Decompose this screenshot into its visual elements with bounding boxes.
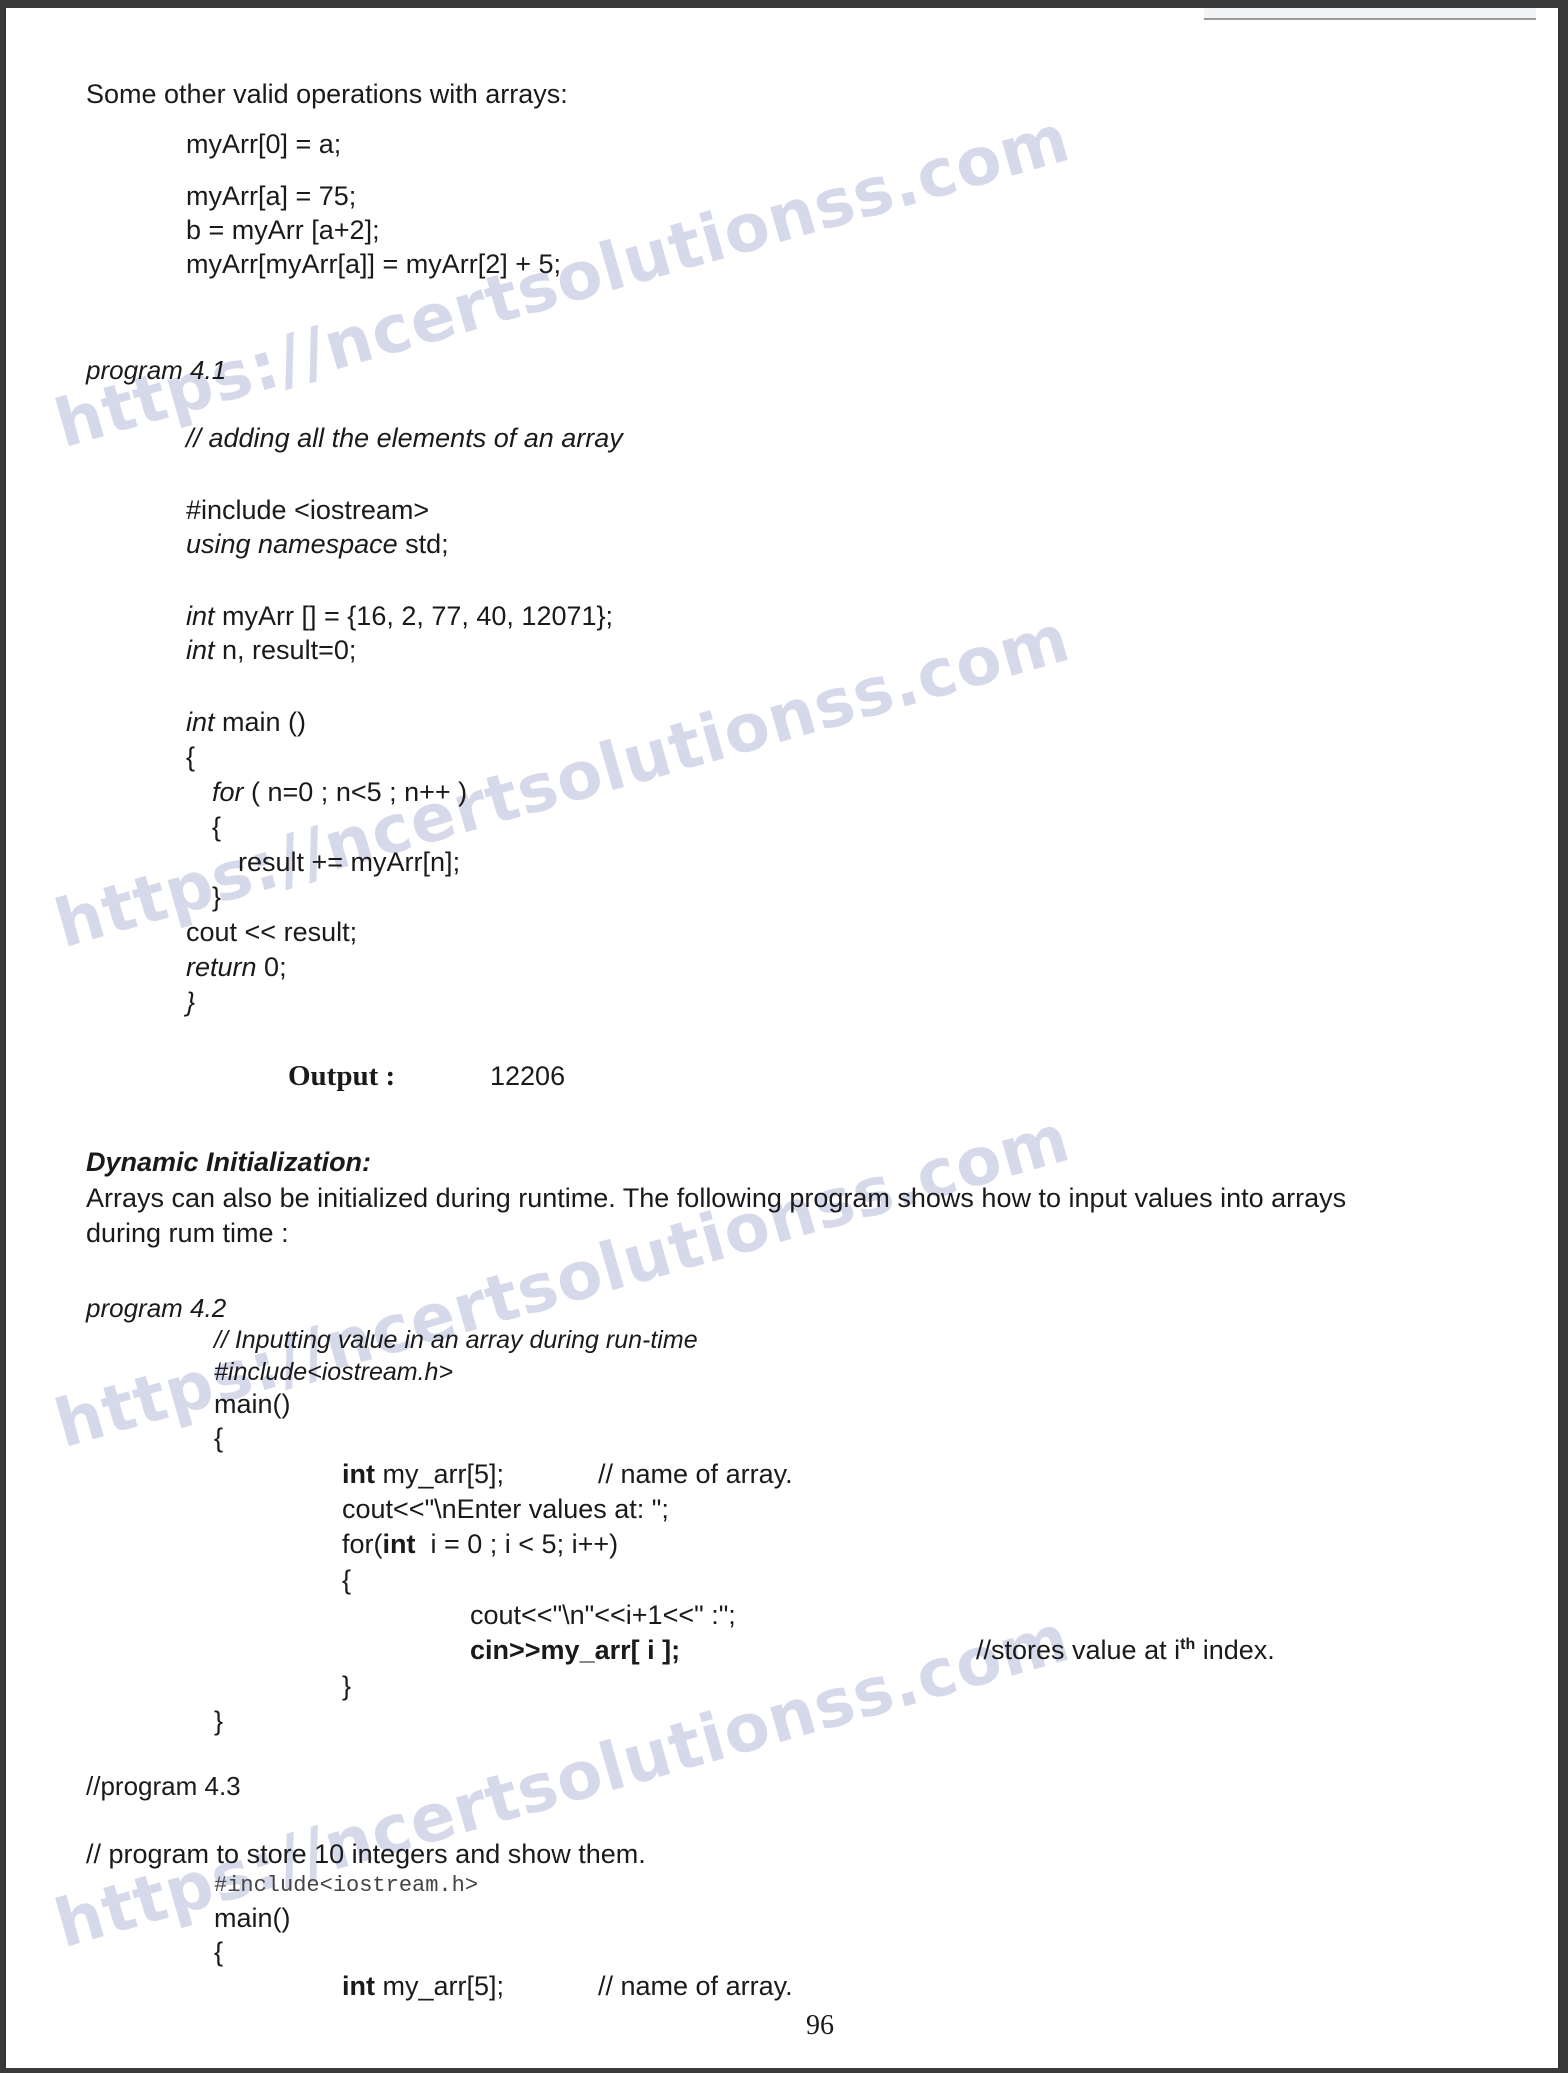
- code-text: 0;: [257, 952, 287, 982]
- code-line: }: [214, 1705, 223, 1737]
- code-line: int myArr [] = {16, 2, 77, 40, 12071};: [186, 600, 613, 632]
- code-text: i = 0 ; i < 5; i++): [416, 1529, 619, 1559]
- code-line: cout<<"\n"<<i+1<<" :";: [470, 1599, 736, 1631]
- code-comment: // program to store 10 integers and show…: [86, 1838, 646, 1870]
- scan-artifact: [1204, 8, 1536, 20]
- code-text: ( n=0 ; n<5 ; n++ ): [244, 777, 468, 807]
- superscript: th: [1180, 1636, 1195, 1653]
- code-line: }: [342, 1670, 351, 1702]
- code-line: {: [214, 1936, 223, 1968]
- output-label: Output :: [288, 1060, 395, 1092]
- code-comment: // name of array.: [598, 1970, 793, 2002]
- code-text: n, result=0;: [215, 635, 357, 665]
- paragraph-line: Arrays can also be initialized during ru…: [86, 1182, 1346, 1214]
- code-line: }: [186, 986, 195, 1018]
- code-line: result += myArr[n];: [238, 846, 460, 878]
- code-line: using namespace std;: [186, 528, 449, 560]
- section-intro-heading: Some other valid operations with arrays:: [86, 78, 568, 110]
- page-number: 96: [806, 2010, 834, 2042]
- keyword: int: [186, 707, 215, 737]
- code-text: main (): [215, 707, 307, 737]
- code-line: return 0;: [186, 951, 287, 983]
- code-line: main(): [214, 1388, 291, 1420]
- code-line: #include <iostream>: [186, 494, 429, 526]
- code-text: index.: [1195, 1635, 1275, 1665]
- keyword: int: [342, 1971, 375, 2001]
- code-line: cout << result;: [186, 916, 357, 948]
- keyword: int: [186, 601, 215, 631]
- code-line: {: [212, 811, 221, 843]
- code-text: my_arr[5];: [375, 1459, 504, 1489]
- code-line: int my_arr[5];: [342, 1458, 504, 1490]
- code-text: my_arr[5];: [375, 1971, 504, 2001]
- code-comment: // adding all the elements of an array: [186, 422, 623, 454]
- code-text: //stores value at i: [976, 1635, 1180, 1665]
- code-line: }: [212, 881, 221, 913]
- keyword: return: [186, 952, 257, 982]
- keyword: int: [383, 1529, 416, 1559]
- code-line: int my_arr[5];: [342, 1970, 504, 2002]
- code-line: #include<iostream.h>: [214, 1870, 478, 1902]
- code-line: b = myArr [a+2];: [186, 214, 380, 246]
- paragraph-line: during rum time :: [86, 1217, 289, 1249]
- code-line: #include<iostream.h>: [214, 1356, 453, 1388]
- keyword: int: [342, 1459, 375, 1489]
- output-value: 12206: [490, 1060, 565, 1092]
- code-text: for(: [342, 1529, 383, 1559]
- code-line: for(int i = 0 ; i < 5; i++): [342, 1528, 618, 1560]
- program-label: //program 4.3: [86, 1770, 241, 1802]
- code-line: cin>>my_arr[ i ];: [470, 1634, 680, 1666]
- code-line: myArr[a] = 75;: [186, 180, 356, 212]
- code-line: int n, result=0;: [186, 634, 356, 666]
- code-line: myArr[0] = a;: [186, 128, 341, 160]
- code-line: {: [214, 1422, 223, 1454]
- document-page: https://ncertsolutionss.com https://ncer…: [4, 8, 1560, 2068]
- program-label: program 4.1: [86, 354, 226, 386]
- code-line: myArr[myArr[a]] = myArr[2] + 5;: [186, 248, 561, 280]
- keyword: int: [186, 635, 215, 665]
- code-line: {: [186, 741, 195, 773]
- code-line: for ( n=0 ; n<5 ; n++ ): [212, 776, 467, 808]
- code-comment: // name of array.: [598, 1458, 793, 1490]
- code-line: int main (): [186, 706, 306, 738]
- program-label: program 4.2: [86, 1292, 226, 1324]
- keyword: for: [212, 777, 244, 807]
- code-comment: // Inputting value in an array during ru…: [214, 1324, 698, 1356]
- code-text: std;: [398, 529, 449, 559]
- code-line: cout<<"\nEnter values at: ";: [342, 1493, 669, 1525]
- section-heading: Dynamic Initialization:: [86, 1146, 371, 1178]
- code-line: main(): [214, 1902, 291, 1934]
- code-comment: //stores value at ith index.: [976, 1634, 1275, 1666]
- code-line: {: [342, 1564, 351, 1596]
- keyword: using namespace: [186, 529, 398, 559]
- code-text: myArr [] = {16, 2, 77, 40, 12071};: [215, 601, 614, 631]
